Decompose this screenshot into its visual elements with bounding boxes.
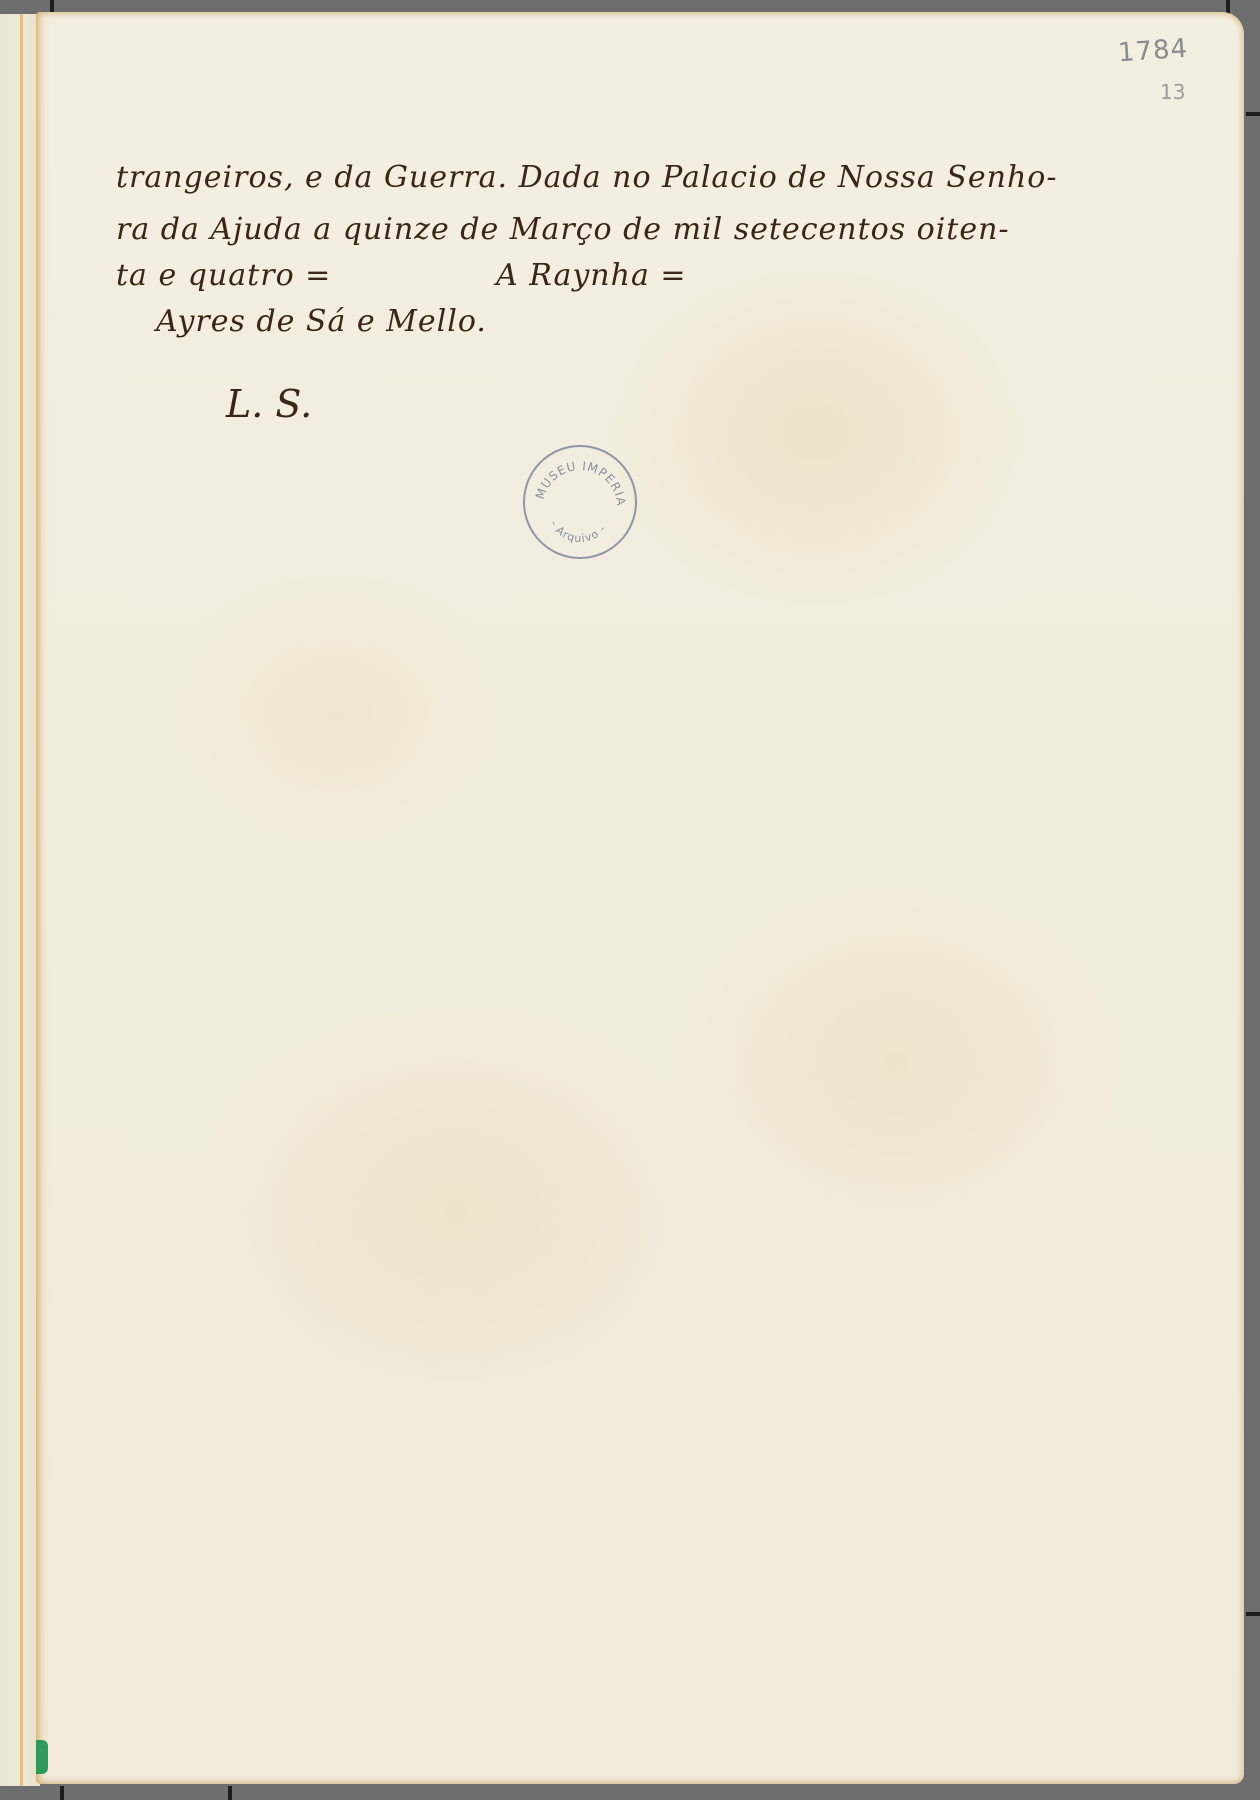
background-grid-line bbox=[228, 1786, 232, 1800]
signature-queen: A Raynha = bbox=[496, 258, 687, 293]
svg-text:MUSEU IMPERIAL: MUSEU IMPERIAL bbox=[525, 447, 628, 507]
stamp-ring-icon: MUSEU IMPERIAL - Arquivo - bbox=[525, 447, 635, 557]
background-grid-line bbox=[1246, 1612, 1260, 1616]
stamp-bottom-text: - Arquivo - bbox=[547, 518, 608, 545]
background-grid-line bbox=[1246, 112, 1260, 116]
stamp-top-text: MUSEU IMPERIAL bbox=[525, 447, 628, 507]
signature-minister: Ayres de Sá e Mello. bbox=[156, 304, 487, 339]
seal-mark-ls: L. S. bbox=[226, 382, 312, 426]
text-line-2: ra da Ajuda a quinze de Março de mil set… bbox=[116, 212, 1010, 247]
green-bookmark-tab bbox=[36, 1740, 48, 1774]
museu-imperial-stamp: MUSEU IMPERIAL - Arquivo - bbox=[523, 445, 637, 559]
text-line-1: trangeiros, e da Guerra. Dada no Palacio… bbox=[116, 160, 1057, 195]
page-fold-stain bbox=[20, 14, 23, 1786]
text-line-3: ta e quatro = bbox=[116, 258, 331, 293]
folio-number-pencil: 13 bbox=[1160, 80, 1185, 104]
archive-number-pencil: 1784 bbox=[1117, 34, 1189, 69]
svg-text:- Arquivo -: - Arquivo - bbox=[547, 518, 608, 545]
background-grid-line bbox=[60, 1786, 64, 1800]
